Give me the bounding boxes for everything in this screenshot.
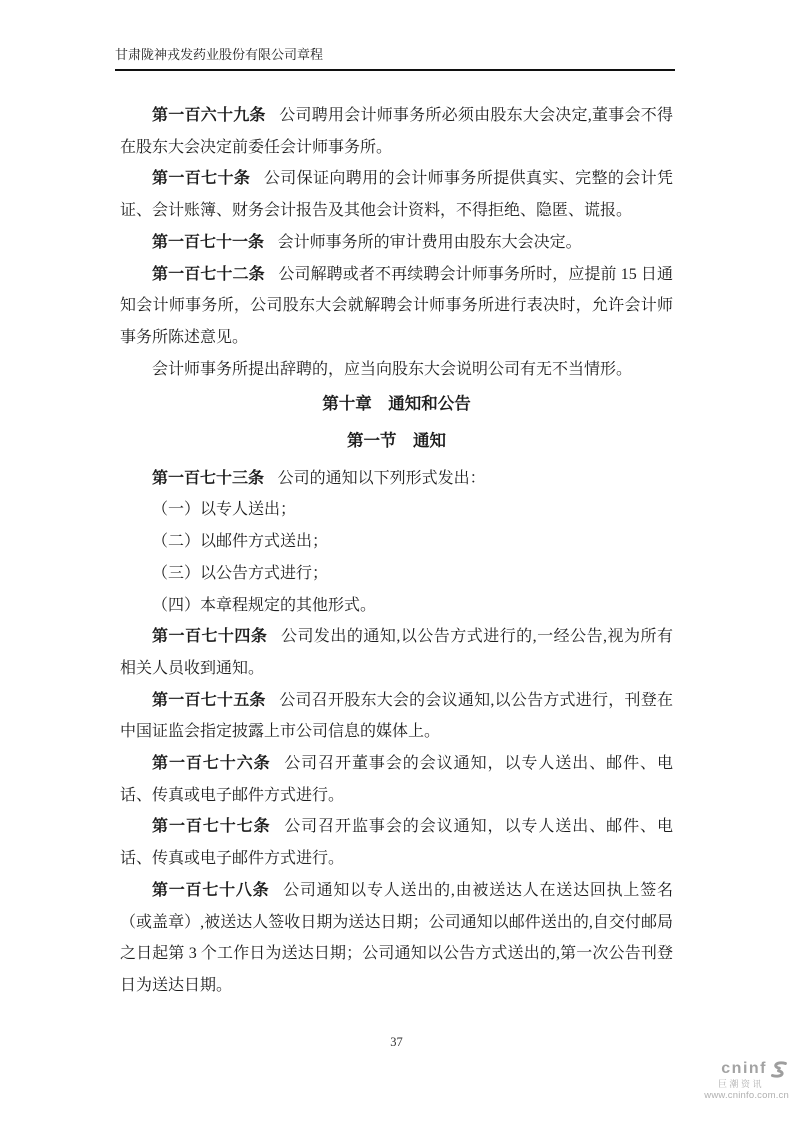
article-number: 第一百七十二条 — [152, 266, 265, 283]
article-paragraph: 第一百七十二条公司解聘或者不再续聘会计师事务所时，应提前 15 日通知会计师事务… — [120, 259, 673, 354]
article-number: 第一百七十一条 — [152, 234, 264, 251]
list-item: （一）以专人送出； — [120, 494, 673, 526]
cninfo-swirl-icon — [768, 1060, 789, 1079]
section-heading: 第一节 通知 — [120, 426, 673, 458]
article-text: 公司的通知以下列形式发出： — [278, 470, 486, 487]
article-number: 第一百七十五条 — [152, 692, 266, 709]
cninfo-website-text: www.cninfo.com.cn — [689, 1091, 789, 1101]
running-header: 甘肃陇神戎发药业股份有限公司章程 — [115, 46, 675, 71]
cninfo-logo: cninf 巨潮资讯 www.cninfo.com.cn — [689, 1060, 789, 1101]
article-text: 会计师事务所的审计费用由股东大会决定。 — [278, 234, 582, 251]
article-paragraph: 第一百七十一条会计师事务所的审计费用由股东大会决定。 — [120, 227, 673, 259]
article-number: 第一百七十三条 — [152, 470, 264, 487]
article-paragraph: 第一百七十六条公司召开董事会的会议通知，以专人送出、邮件、电话、传真或电子邮件方… — [120, 748, 673, 811]
article-paragraph: 第一百七十三条公司的通知以下列形式发出： — [120, 463, 673, 495]
chapter-heading: 第十章 通知和公告 — [120, 389, 673, 421]
article-number: 第一百七十四条 — [152, 628, 267, 645]
article-number: 第一百六十九条 — [152, 107, 266, 124]
article-number: 第一百七十八条 — [152, 882, 269, 899]
document-body: 第一百六十九条公司聘用会计师事务所必须由股东大会决定,董事会不得在股东大会决定前… — [120, 100, 673, 1002]
page-number: 37 — [0, 1035, 793, 1050]
cninfo-brand-row: cninf — [689, 1060, 789, 1079]
list-item: （四）本章程规定的其他形式。 — [120, 590, 673, 622]
body-paragraph: 会计师事务所提出辞聘的，应当向股东大会说明公司有无不当情形。 — [120, 354, 673, 386]
article-paragraph: 第一百七十七条公司召开监事会的会议通知，以专人送出、邮件、电话、传真或电子邮件方… — [120, 811, 673, 874]
document-title: 甘肃陇神戎发药业股份有限公司章程 — [115, 47, 323, 62]
article-paragraph: 第一百六十九条公司聘用会计师事务所必须由股东大会决定,董事会不得在股东大会决定前… — [120, 100, 673, 163]
article-paragraph: 第一百七十五条公司召开股东大会的会议通知,以公告方式进行，刊登在中国证监会指定披… — [120, 685, 673, 748]
paragraph-text: 会计师事务所提出辞聘的，应当向股东大会说明公司有无不当情形。 — [152, 361, 632, 378]
list-item: （二）以邮件方式送出； — [120, 526, 673, 558]
article-number: 第一百七十六条 — [152, 755, 271, 772]
article-number: 第一百七十七条 — [152, 818, 271, 835]
cninfo-brand-text: cninf — [721, 1061, 767, 1078]
document-page: 甘肃陇神戎发药业股份有限公司章程 第一百六十九条公司聘用会计师事务所必须由股东大… — [0, 0, 793, 1122]
article-paragraph: 第一百七十四条公司发出的通知,以公告方式进行的,一经公告,视为所有相关人员收到通… — [120, 621, 673, 684]
article-paragraph: 第一百七十八条公司通知以专人送出的,由被送达人在送达回执上签名（或盖章）,被送达… — [120, 875, 673, 1002]
article-number: 第一百七十条 — [152, 170, 250, 187]
cninfo-brand-chinese: 巨潮资讯 — [689, 1080, 789, 1089]
article-paragraph: 第一百七十条公司保证向聘用的会计师事务所提供真实、完整的会计凭证、会计账簿、财务… — [120, 163, 673, 226]
list-item: （三）以公告方式进行； — [120, 558, 673, 590]
